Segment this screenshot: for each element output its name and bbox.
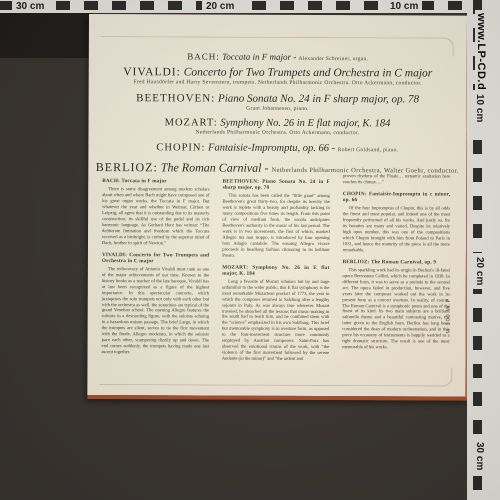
credit-bach: Alexander Schreiner, organ. bbox=[298, 56, 368, 62]
note-heading-vivaldi: VIVALDI: Concerto for Two Trumpets and O… bbox=[102, 252, 209, 264]
work-chopin: Fantaisie-Impromptu, op. 66 bbox=[208, 143, 329, 155]
shop-watermark: www.LP-CD.de bbox=[475, 10, 487, 100]
header-bach: BACH: Toccata in F major - Alexander Sch… bbox=[89, 51, 467, 63]
separator: - bbox=[332, 143, 336, 154]
separator: - bbox=[293, 52, 296, 62]
cover-crease-bottom bbox=[99, 366, 452, 387]
composer-chopin: CHOPIN: bbox=[156, 142, 205, 153]
credit-beethoven: Grant Johannesen, piano. bbox=[89, 105, 467, 113]
ruler-right: www.LP-CD.de 10 cm 20 cm 30 cm bbox=[467, 0, 500, 500]
ruler-top-label-10cm: 10 cm bbox=[386, 0, 422, 13]
ruler-right-label-10cm: 10 cm bbox=[472, 90, 486, 126]
note-paragraph: This sparkling work had its origin in Be… bbox=[342, 267, 450, 351]
note-paragraph: This sonata has been called the “little … bbox=[222, 193, 330, 259]
header-mozart: MOZART: Symphony No. 26 in E flat major,… bbox=[89, 117, 467, 130]
note-heading-bach: BACH: Toccata in F major bbox=[102, 178, 209, 184]
header-vivaldi: VIVALDI: Concerto for Two Trumpets and O… bbox=[89, 66, 467, 80]
work-vivaldi: Concerto for Two Trumpets and Orchestra … bbox=[184, 66, 433, 79]
credit-mozart: Netherlands Philharmonic Orchestra. Otto… bbox=[88, 129, 466, 137]
credit-chopin: Robert Goldsand, piano. bbox=[338, 147, 399, 153]
ruler-top-ticks bbox=[0, 1, 500, 10]
note-heading-chopin: CHOPIN: Fantaisie-Impromptu in c minor, … bbox=[343, 191, 450, 203]
catalog-number: M 100 W.P bbox=[446, 298, 452, 334]
note-paragraph-continuation: proven rhythms of the Finale… romantic e… bbox=[343, 173, 450, 185]
work-beethoven: Piano Sonata No. 24 in F sharp major, op… bbox=[218, 93, 419, 106]
work-bach: Toccata in F major bbox=[222, 52, 291, 62]
notes-column-2: BEETHOVEN: Piano Sonata No. 24 in F shar… bbox=[222, 173, 330, 365]
ruler-right-label-20cm: 20 cm bbox=[472, 253, 486, 289]
note-paragraph: Long a favorite of Mozart scholars but b… bbox=[222, 278, 330, 362]
header-chopin: CHOPIN: Fantaisie-Impromptu, op. 66 - Ro… bbox=[88, 142, 466, 155]
note-heading-berlioz: BERLIOZ: The Roman Carnival, op. 9 bbox=[343, 259, 450, 265]
note-heading-mozart: MOZART: Symphony No. 26 in E flat major,… bbox=[222, 264, 329, 276]
ruler-top: 30 cm 20 cm 10 cm bbox=[0, 0, 500, 13]
composer-mozart: MOZART: bbox=[165, 117, 218, 128]
credit-vivaldi: Fred Hausdörfer and Harry Sevenstern, tr… bbox=[89, 79, 467, 87]
note-paragraph: Of the four Impromptus of Chopin, this i… bbox=[343, 205, 451, 253]
tracklist-header: BACH: Toccata in F major - Alexander Sch… bbox=[88, 51, 467, 177]
note-heading-beethoven: BEETHOVEN: Piano Sonata No. 24 in F shar… bbox=[223, 179, 330, 191]
note-paragraph: There is some disagreement among modern … bbox=[102, 186, 210, 246]
work-mozart: Symphony No. 26 in E flat major, K. 184 bbox=[220, 118, 390, 130]
header-beethoven: BEETHOVEN: Piano Sonata No. 24 in F shar… bbox=[89, 92, 467, 106]
ruler-top-label-20cm: 20 cm bbox=[202, 0, 238, 13]
composer-bach: BACH: bbox=[187, 51, 220, 61]
note-paragraph: The rediscovery of Antonio Vivaldi must … bbox=[102, 266, 210, 356]
album-back-cover: BACH: Toccata in F major - Alexander Sch… bbox=[87, 14, 470, 401]
background-shadow-patch bbox=[0, 12, 92, 58]
ruler-top-label-30cm: 30 cm bbox=[12, 0, 48, 13]
ruler-right-label-30cm: 30 cm bbox=[472, 438, 486, 474]
composer-vivaldi: VIVALDI: bbox=[123, 66, 181, 78]
lp-back-cover-photo: 30 cm 20 cm 10 cm BACH: Toccata in F maj… bbox=[0, 0, 500, 500]
notes-column-3: proven rhythms of the Finale… romantic e… bbox=[342, 173, 450, 365]
liner-notes: BACH: Toccata in F major There is some d… bbox=[101, 172, 450, 365]
composer-beethoven: BEETHOVEN: bbox=[136, 92, 215, 104]
notes-column-1: BACH: Toccata in F major There is some d… bbox=[101, 172, 209, 364]
